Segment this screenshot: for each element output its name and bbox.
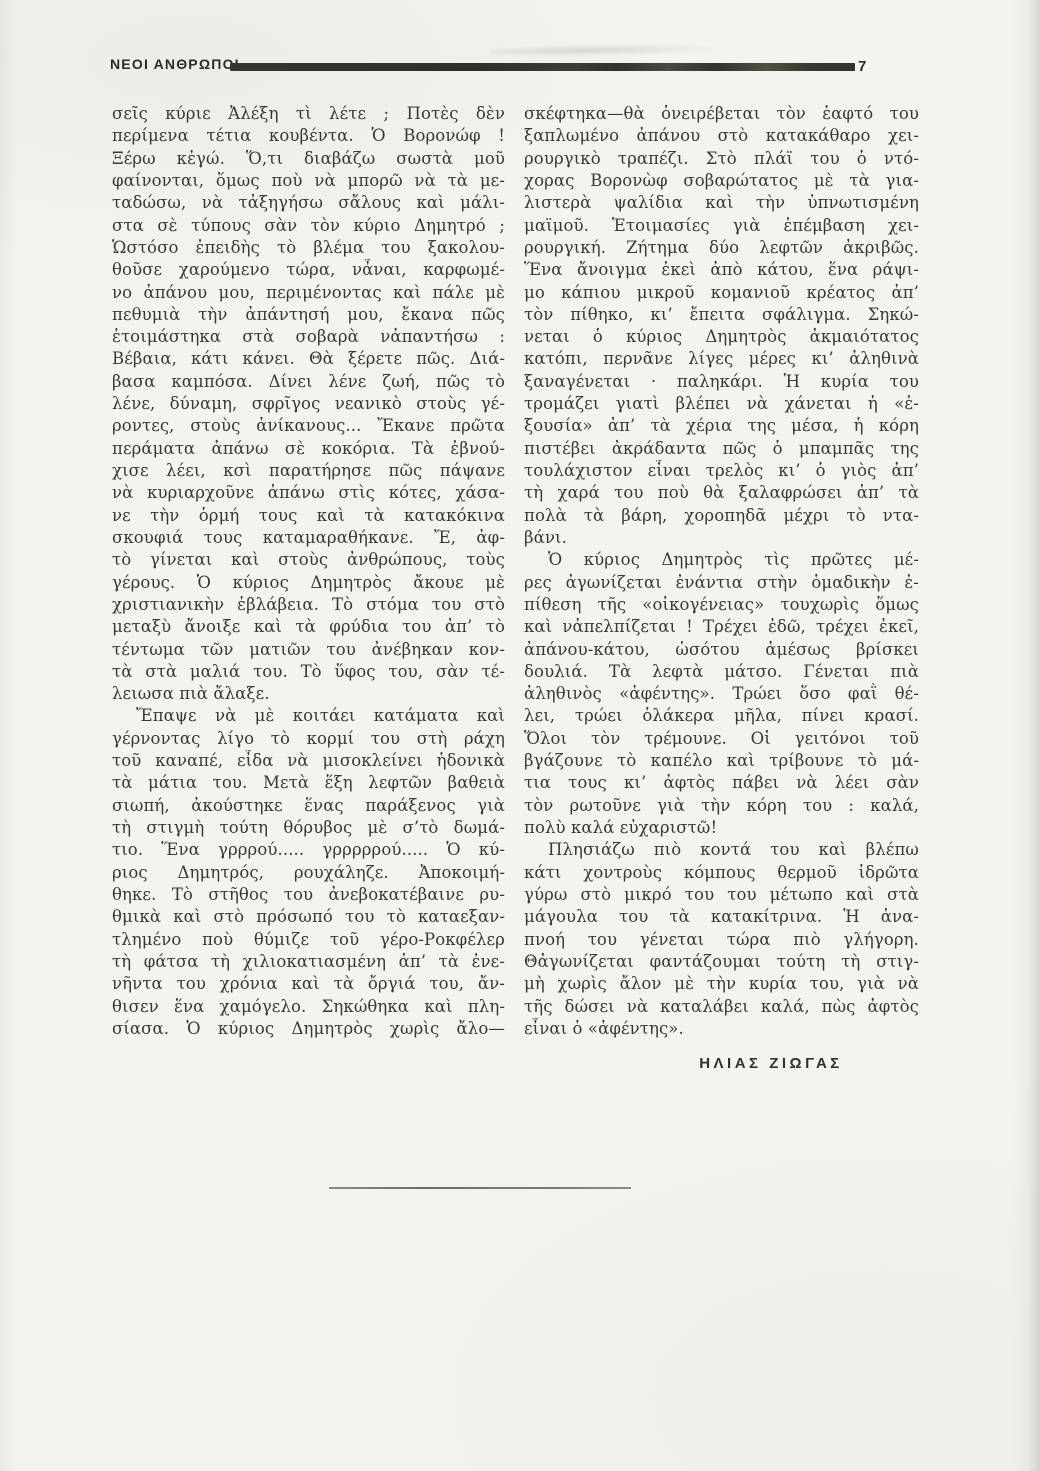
- text-line: πολὰ τὰ βάρη, χοροπηδᾶ μέχρι τὸ ντα-: [524, 505, 919, 527]
- scanned-magazine-page: { "colors": { "paper": "#f3f2ee", "ink":…: [0, 0, 1040, 1471]
- text-line: γύρω στὸ μικρό του του μέτωπο καὶ στὰ: [524, 884, 919, 906]
- text-line: λένε, δύναμη, σφρῖγος νεανικὸ στοὺς γέ-: [112, 393, 505, 415]
- text-line: ἀληθινὸς «ἀφέντης». Τρώει ὅσο φαῒ θέ-: [524, 683, 919, 705]
- text-line: λει, τρώει ὁλάκερα μῆλα, πίνει κρασί.: [524, 705, 919, 727]
- text-line: τὴ χαρά του ποὺ θὰ ξαλαφρώσει ἀπ’ τὰ: [524, 482, 919, 504]
- text-line: χισε λέει, κσὶ παρατήρησε πῶς πάψανε: [112, 460, 505, 482]
- text-line: τὰ μάτια του. Μετὰ ἕξη λεφτῶν βαθειὰ: [112, 772, 505, 794]
- text-line: νεται ὁ κύριος Δημητρὸς ἀκμαιότατος: [524, 326, 919, 348]
- text-line: Ὡστόσο ἐπειδὴς τὸ βλέμα του ξακολου-: [112, 237, 505, 259]
- text-line: Ἕνα ἄνοιγμα ἐκεὶ ἀπὸ κάτου, ἕνα ράψι-: [524, 259, 919, 281]
- text-line: πνοή του γένεται τώρα πιὸ γλήγορη.: [524, 929, 919, 951]
- text-line: ἀπάνου-κάτου, ὡσότου ἀμέσως βρίσκει: [524, 639, 919, 661]
- masthead-title: ΝΕΟΙ ΑΝΘΡΩΠΟΙ: [110, 56, 240, 72]
- text-line: νὰ κυριαρχοῦνε ἀπάνω στὶς κότες, χάσα-: [112, 482, 505, 504]
- text-line: περίμενα τέτια κουβέντα. Ὁ Βορονώφ !: [112, 125, 505, 147]
- text-line: ξαναγένεται · παληκάρι. Ἡ κυρία του: [524, 371, 919, 393]
- text-line: φαίνονται, ὅμως ποὺ νὰ μπορῶ νὰ τὰ με-: [112, 170, 505, 192]
- header-rule: [230, 63, 855, 71]
- text-line: Βέβαια, κάτι κάνει. Θὰ ξέρετε πῶς. Διά-: [112, 348, 505, 370]
- text-line: μαϊμοῦ. Ἑτοιμασίες γιὰ ἐπέμβαση χει-: [524, 215, 919, 237]
- text-line: ρες ἀγωνίζεται ἐνάντια στὴν ὁμαδικὴν ἐ-: [524, 572, 919, 594]
- text-line: τλημένο ποὺ θύμιζε τοῦ γέρο-Ροκφέλερ: [112, 929, 505, 951]
- text-line: τὸν ρωτοῦνε γιὰ τὴν κόρη του : καλά,: [524, 795, 919, 817]
- text-line: ταδώσω, νὰ τἀξηγήσω σἄλους καὶ μάλι-: [112, 192, 505, 214]
- text-line: πεθυμιὰ τὴν ἀπάντησή μου, ἔκανα πῶς: [112, 304, 505, 326]
- text-line: βασα καμπόσα. Δίνει λένε ζωή, πῶς τὸ: [112, 371, 505, 393]
- text-line: θμικὰ καὶ στὸ πρόσωπό του τὸ καταεξαν-: [112, 906, 505, 928]
- text-line: Πλησιάζω πιὸ κοντά του καὶ βλέπω: [524, 839, 919, 861]
- text-line: θισεν ἕνα χαμόγελο. Σηκώθηκα καὶ πλη-: [112, 996, 505, 1018]
- text-line: πιστέβει ἀκράδαντα πῶς ὁ μπαμπᾶς της: [524, 438, 919, 460]
- text-line: μεταξὺ ἄνοιξε καὶ τὰ φρύδια του ἀπ’ τὸ: [112, 616, 505, 638]
- text-line: τὰ στὰ μαλιά του. Τὸ ὕφος του, σὰν τέ-: [112, 661, 505, 683]
- text-line: τια τους κι’ ἀφτὸς πάβει νὰ λέει σὰν: [524, 772, 919, 794]
- text-line: βάνι.: [524, 527, 919, 549]
- text-line: ρουργικὸ τραπέζι. Στὸ πλάϊ του ὁ ντό-: [524, 148, 919, 170]
- text-line: καὶ νἀπελπίζεται ! Τρέχει ἐδῶ, τρέχει ἐκ…: [524, 616, 919, 638]
- text-line: ροντες, στοὺς ἀνίκανους... Ἔκανε πρῶτα: [112, 415, 505, 437]
- text-line: στα σὲ τύπους σὰν τὸν κύριο Δημητρό ;: [112, 215, 505, 237]
- text-line: κατόπι, περνᾶνε λίγες μέρες κι’ ἀληθινὰ: [524, 348, 919, 370]
- text-line: ξαπλωμένο ἀπάνου στὸ κατακάθαρο χει-: [524, 125, 919, 147]
- text-line: ρουργική. Ζήτημα δύο λεφτῶν ἀκριβῶς.: [524, 237, 919, 259]
- text-line: νο ἀπάνου μου, περιμένοντας καὶ πάλε μὲ: [112, 282, 505, 304]
- text-line: γέρνοντας λίγο τὸ κορμί του στὴ ράχη: [112, 728, 505, 750]
- text-line: ἑτοιμάστηκα στὰ σοβαρὰ νἀπαντήσω :: [112, 326, 505, 348]
- text-line: τιο. Ἕνα γρρρού..... γρρρρρού..... Ὁ κύ-: [112, 839, 505, 861]
- text-line: νῆντα του χρόνια καὶ τὰ ὄργιά του, ἄν-: [112, 973, 505, 995]
- text-line: πίθεση τῆς «οἰκογένειας» τουχωρὶς ὅμως: [524, 594, 919, 616]
- text-line: χριστιανικὴν ἐβλάβεια. Τὸ στόμα του στὸ: [112, 594, 505, 616]
- text-line: κάτι χοντροὺς κόμπους θερμοῦ ἱδρῶτα: [524, 862, 919, 884]
- text-line: Ὁ κύριος Δημητρὸς τὶς πρῶτες μέ-: [524, 549, 919, 571]
- text-line: τρομάζει γιατὶ βλέπει νὰ χάνεται ἡ «ἐ-: [524, 393, 919, 415]
- text-line: Ξέρω κἐγώ. Ὅ,τι διαβάζω σωστὰ μοῦ: [112, 148, 505, 170]
- text-line: τὸ γίνεται καὶ στοὺς ἀνθρώπους, τοὺς: [112, 549, 505, 571]
- text-line: σεῖς κύριε Ἀλέξη τὶ λέτε ; Ποτὲς δὲν: [112, 103, 505, 125]
- text-line: μάγουλα του τὰ κατακίτρινα. Ἡ ἀνα-: [524, 906, 919, 928]
- text-line: θηκε. Τὸ στῆθος του ἀνεβοκατέβαινε ρυ-: [112, 884, 505, 906]
- text-line: τῆς δώσει νὰ καταλάβει καλά, πὼς ἀφτὸς: [524, 996, 919, 1018]
- text-line: ξουσία» ἀπ’ τὰ χέρια της μέσα, ἡ κόρη: [524, 415, 919, 437]
- text-line: πολὺ καλά εὐχαριστῶ!: [524, 817, 919, 839]
- article-right-column: σκέφτηκα—θὰ ὀνειρέβεται τὸν ἑαφτό τουξαπ…: [524, 103, 919, 1040]
- text-line: δουλιά. Τὰ λεφτὰ μάτσο. Γένεται πιὰ: [524, 661, 919, 683]
- text-line: γέρους. Ὁ κύριος Δημητρὸς ἄκουε μὲ: [112, 572, 505, 594]
- text-line: τὴ φάτσα τὴ χιλιοκατιασμένη ἀπ’ τὰ ἐνε-: [112, 951, 505, 973]
- text-line: Θἀγωνίζεται φαντάζουμαι τούτη τὴ στιγ-: [524, 951, 919, 973]
- text-line: λιστερὰ ψαλίδια καὶ τὴν ὑπνωτισμένη: [524, 192, 919, 214]
- text-line: τέντωμα τῶν ματιῶν του ἀνέβηκαν κον-: [112, 639, 505, 661]
- author-byline: ΗΛΙΑΣ ΖΙΩΓΑΣ: [655, 1055, 887, 1072]
- text-line: μο κάπιου μικροῦ κομανιοῦ κρέατος ἀπ’: [524, 282, 919, 304]
- text-line: περάματα ἀπάνω σὲ κοκόρια. Τὰ ἐβνού-: [112, 438, 505, 460]
- text-line: θοῦσε χαρούμενο τώρα, νἆναι, καρφωμέ-: [112, 259, 505, 281]
- text-line: μὴ χωρὶς ἄλον μὲ τὴν κυρία του, γιὰ νὰ: [524, 973, 919, 995]
- text-line: νε τὴν ὁρμή τους καὶ τὰ κατακόκινα: [112, 505, 505, 527]
- text-line: τουλάχιστον εἶναι τρελὸς κι’ ὁ γιὸς ἀπ’: [524, 460, 919, 482]
- section-divider-rule: [329, 1187, 631, 1189]
- text-line: ριος Δημητρός, ρουχάληζε. Ἀποκοιμή-: [112, 862, 505, 884]
- text-line: τὴ στιγμὴ τούτη θόρυβος μὲ σ’τὸ δωμά-: [112, 817, 505, 839]
- article-left-column: σεῖς κύριε Ἀλέξη τὶ λέτε ; Ποτὲς δὲνπερί…: [112, 103, 505, 1040]
- text-line: βγάζουνε τὸ καπέλο καὶ τρίβουνε τὸ μά-: [524, 750, 919, 772]
- text-line: εἶναι ὁ «ἀφέντης».: [524, 1018, 919, 1040]
- page-number: 7: [858, 58, 866, 75]
- text-line: σιωπή, ἀκούστηκε ἕνας παράξενος γιὰ: [112, 795, 505, 817]
- text-line: Ἔπαψε νὰ μὲ κοιτάει κατάματα καὶ: [112, 705, 505, 727]
- text-line: σκουφιά τους καταμαραθήκανε. Ἔ, ἀφ-: [112, 527, 505, 549]
- text-line: Ὅλοι τὸν τρέμουνε. Οἱ γειτόνοι τοῦ: [524, 728, 919, 750]
- text-line: τοῦ καναπέ, εἶδα νὰ μισοκλείνει ἡδονικὰ: [112, 750, 505, 772]
- text-line: σίασα. Ὁ κύριος Δημητρὸς χωρὶς ἄλο—: [112, 1018, 505, 1040]
- text-line: χορας Βορονὼφ σοβαρώτατος μὲ τὰ για-: [524, 170, 919, 192]
- text-line: λειωσα πιὰ ἄλαξε.: [112, 683, 505, 705]
- scan-smudge-artifact: [490, 42, 730, 58]
- text-line: τὸν πίθηκο, κι’ ἔπειτα σφάλιγμα. Σηκώ-: [524, 304, 919, 326]
- text-line: σκέφτηκα—θὰ ὀνειρέβεται τὸν ἑαφτό του: [524, 103, 919, 125]
